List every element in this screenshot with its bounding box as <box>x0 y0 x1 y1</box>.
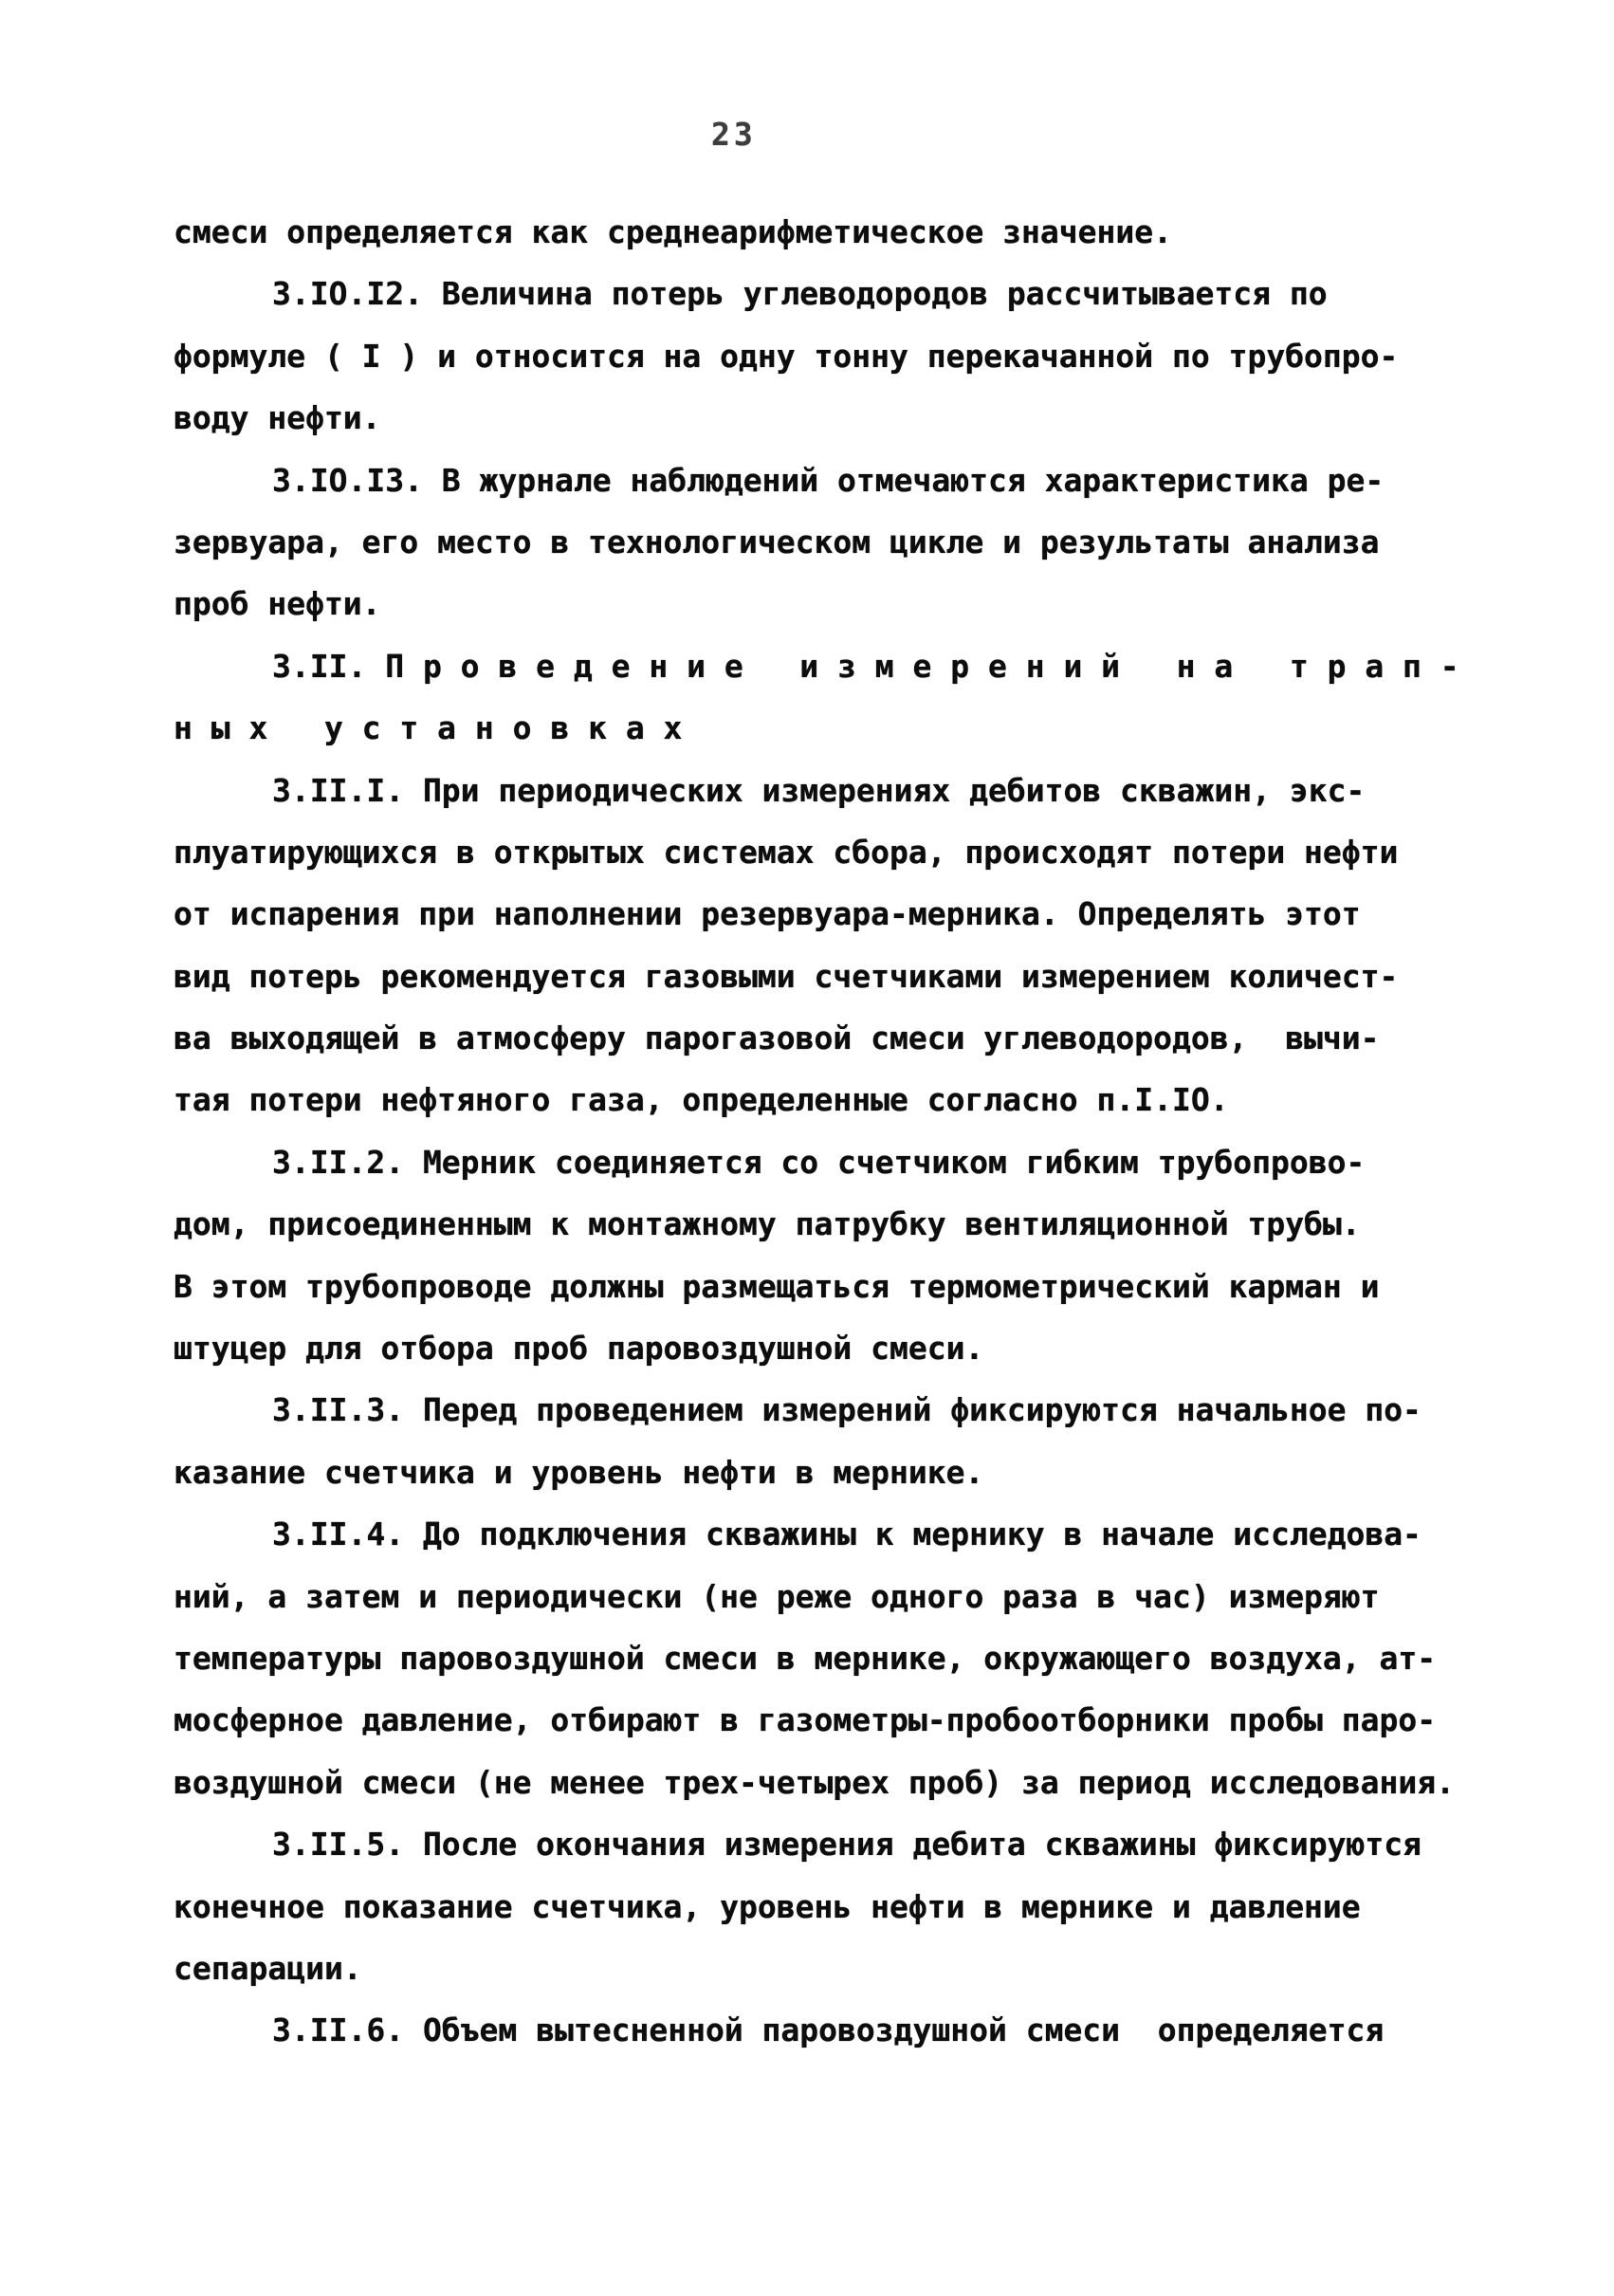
text-line: зервуара, его место в технологическом ци… <box>174 511 1520 573</box>
text-line: воду нефти. <box>174 387 1520 449</box>
text-line: ний, а затем и периодически (не реже одн… <box>174 1566 1520 1627</box>
text-line: казание счетчика и уровень нефти в мерни… <box>174 1442 1520 1503</box>
text-line: дом, присоединенным к монтажному патрубк… <box>174 1193 1520 1255</box>
page-number: 23 <box>711 116 757 153</box>
text-line: плуатирующихся в открытых системах сбора… <box>174 821 1520 883</box>
text-line: 3.IО.I2. Величина потерь углеводородов р… <box>174 263 1520 324</box>
text-line: 3.II.5. После окончания измерения дебита… <box>174 1813 1520 1875</box>
document-page: 23 смеси определяется как среднеарифмети… <box>0 0 1614 2296</box>
text-line: формуле ( I ) и относится на одну тонну … <box>174 325 1520 387</box>
text-line: конечное показание счетчика, уровень неф… <box>174 1876 1520 1938</box>
text-line: мосферное давление, отбирают в газометры… <box>174 1689 1520 1751</box>
text-line: тая потери нефтяного газа, определенные … <box>174 1069 1520 1130</box>
text-line: смеси определяется как среднеарифметичес… <box>174 201 1520 263</box>
text-line: 3.II. П р о в е д е н и е и з м е р е н … <box>174 635 1520 697</box>
text-line: 3.II.6. Объем вытесненной паровоздушной … <box>174 1999 1520 2061</box>
text-line: 3.II.3. Перед проведением измерений фикс… <box>174 1379 1520 1441</box>
text-line: сепарации. <box>174 1938 1520 1999</box>
text-line: штуцер для отбора проб паровоздушной сме… <box>174 1317 1520 1379</box>
text-line: 3.II.2. Мерник соединяется со счетчиком … <box>174 1131 1520 1193</box>
text-line: от испарения при наполнении резервуара-м… <box>174 883 1520 945</box>
text-line: вид потерь рекомендуется газовыми счетчи… <box>174 946 1520 1007</box>
text-block: смеси определяется как среднеарифметичес… <box>174 201 1520 2062</box>
text-line: воздушной смеси (не менее трех-четырех п… <box>174 1752 1520 1813</box>
text-line: температуры паровоздушной смеси в мерник… <box>174 1627 1520 1689</box>
text-line: проб нефти. <box>174 573 1520 634</box>
text-line: В этом трубопроводе должны размещаться т… <box>174 1256 1520 1317</box>
text-line: 3.II.I. При периодических измерениях деб… <box>174 760 1520 821</box>
text-line: н ы х у с т а н о в к а х <box>174 697 1520 759</box>
text-line: 3.II.4. До подключения скважины к мерник… <box>174 1503 1520 1565</box>
text-line: ва выходящей в атмосферу парогазовой сме… <box>174 1007 1520 1069</box>
text-line: 3.IО.I3. В журнале наблюдений отмечаются… <box>174 450 1520 511</box>
